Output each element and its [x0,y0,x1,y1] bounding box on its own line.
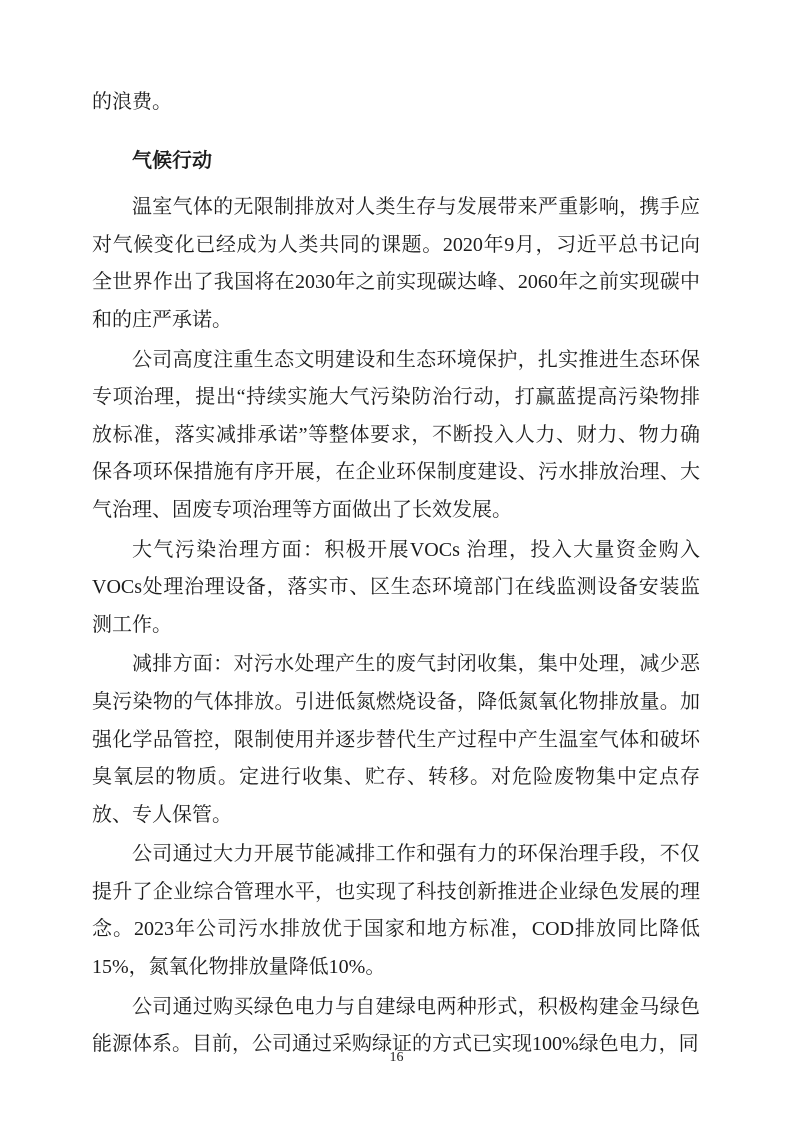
text-block: 的浪费。 气候行动 温室气体的无限制排放对人类生存与发展带来严重影响，携手应对气… [92,84,700,1066]
paragraph-energy-saving-results: 公司通过大力开展节能减排工作和强有力的环保治理手段，不仅提升了企业综合管理水平，… [92,836,700,986]
paragraph-emission-reduction: 减排方面：对污水处理产生的废气封闭收集，集中处理，减少恶臭污染物的气体排放。引进… [92,646,700,834]
paragraph-greenhouse-gas-pledge: 温室气体的无限制排放对人类生存与发展带来严重影响，携手应对气候变化已经成为人类共… [92,189,700,339]
section-heading-climate-action: 气候行动 [92,143,700,181]
paragraph-eco-governance: 公司高度注重生态文明建设和生态环境保护，扎实推进生态环保专项治理，提出“持续实施… [92,342,700,530]
carryover-text-fragment: 的浪费。 [92,84,700,122]
page-number: 16 [0,1048,793,1068]
document-page: 的浪费。 气候行动 温室气体的无限制排放对人类生存与发展带来严重影响，携手应对气… [0,0,793,1122]
paragraph-air-pollution-vocs: 大气污染治理方面：积极开展VOCs 治理，投入大量资金购入VOCs处理治理设备，… [92,532,700,645]
